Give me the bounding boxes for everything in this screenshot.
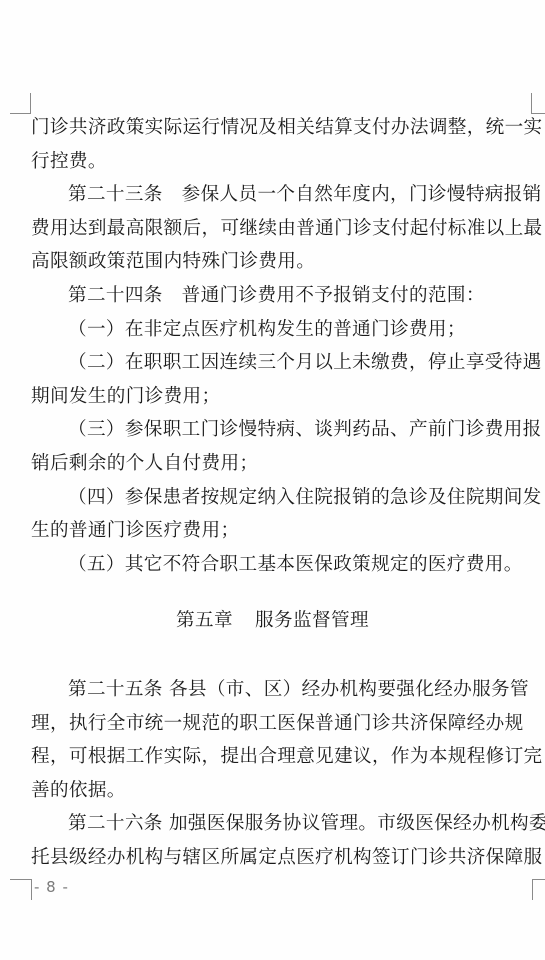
chapter-title: 服务监督管理: [255, 610, 369, 631]
body-text-lower: 第二十五条 各县（市、区）经办机构要强化经办服务管 理，执行全市统一规范的职工医…: [31, 673, 523, 875]
paragraph-article-26: 第二十六条 加强医保服务协议管理。市级医保经办机构委 托县级经办机构与辖区所属定…: [31, 807, 523, 874]
text-line: 托县级经办机构与辖区所属定点医疗机构签订门诊共济保障服: [31, 841, 523, 875]
text-line: 高限额政策范围内特殊门诊费用。: [31, 245, 523, 279]
paragraph-article-25: 第二十五条 各县（市、区）经办机构要强化经办服务管 理，执行全市统一规范的职工医…: [31, 673, 523, 807]
text-line: （一）在非定点医疗机构发生的普通门诊费用；: [31, 313, 523, 347]
paragraph-continued: 门诊共济政策实际运行情况及相关结算支付办法调整，统一实 行控费。: [31, 111, 523, 178]
crop-mark-top-right-horizontal: [531, 113, 545, 114]
crop-mark-bottom-left-horizontal: [10, 879, 32, 880]
text-line: 第二十三条 参保人员一个自然年度内，门诊慢特病报销: [31, 178, 523, 212]
text-line: 门诊共济政策实际运行情况及相关结算支付办法调整，统一实: [31, 111, 523, 145]
body-text-upper: 门诊共济政策实际运行情况及相关结算支付办法调整，统一实 行控费。 第二十三条 参…: [31, 111, 523, 581]
list-item-5: （五）其它不符合职工基本医保政策规定的医疗费用。: [31, 548, 523, 582]
text-line: 第二十六条 加强医保服务协议管理。市级医保经办机构委: [31, 807, 523, 841]
chapter-heading: 第五章服务监督管理: [0, 604, 545, 637]
text-line: 销后剩余的个人自付费用；: [31, 447, 523, 481]
text-line: 程，可根据工作实际，提出合理意见建议，作为本规程修订完: [31, 740, 523, 774]
page-number: - 8 -: [34, 878, 69, 896]
text-line: （三）参保职工门诊慢特病、谈判药品、产前门诊费用报: [31, 413, 523, 447]
text-line: 善的依据。: [31, 774, 523, 808]
crop-mark-bottom-right-horizontal: [532, 879, 545, 880]
document-page: 门诊共济政策实际运行情况及相关结算支付办法调整，统一实 行控费。 第二十三条 参…: [0, 0, 545, 960]
text-line: 第二十四条 普通门诊费用不予报销支付的范围：: [31, 279, 523, 313]
text-line: 第二十五条 各县（市、区）经办机构要强化经办服务管: [31, 673, 523, 707]
list-item-4: （四）参保患者按规定纳入住院报销的急诊及住院期间发 生的普通门诊医疗费用；: [31, 481, 523, 548]
text-line: 费用达到最高限额后，可继续由普通门诊支付起付标准以上最: [31, 212, 523, 246]
crop-mark-top-right-vertical: [531, 93, 532, 114]
paragraph-article-24: 第二十四条 普通门诊费用不予报销支付的范围：: [31, 279, 523, 313]
crop-mark-bottom-right-vertical: [532, 879, 533, 900]
text-line: （二）在职职工因连续三个月以上未缴费，停止享受待遇: [31, 346, 523, 380]
list-item-3: （三）参保职工门诊慢特病、谈判药品、产前门诊费用报 销后剩余的个人自付费用；: [31, 413, 523, 480]
text-line: 期间发生的门诊费用；: [31, 380, 523, 414]
crop-mark-top-left-horizontal: [10, 113, 31, 114]
chapter-number: 第五章: [176, 610, 233, 631]
paragraph-article-23: 第二十三条 参保人员一个自然年度内，门诊慢特病报销 费用达到最高限额后，可继续由…: [31, 178, 523, 279]
list-item-2: （二）在职职工因连续三个月以上未缴费，停止享受待遇 期间发生的门诊费用；: [31, 346, 523, 413]
text-line: 行控费。: [31, 145, 523, 179]
text-line: 生的普通门诊医疗费用；: [31, 514, 523, 548]
text-line: 理，执行全市统一规范的职工医保普通门诊共济保障经办规: [31, 707, 523, 741]
text-line: （四）参保患者按规定纳入住院报销的急诊及住院期间发: [31, 481, 523, 515]
crop-mark-bottom-left-vertical: [31, 879, 32, 900]
text-line: （五）其它不符合职工基本医保政策规定的医疗费用。: [31, 548, 523, 582]
list-item-1: （一）在非定点医疗机构发生的普通门诊费用；: [31, 313, 523, 347]
